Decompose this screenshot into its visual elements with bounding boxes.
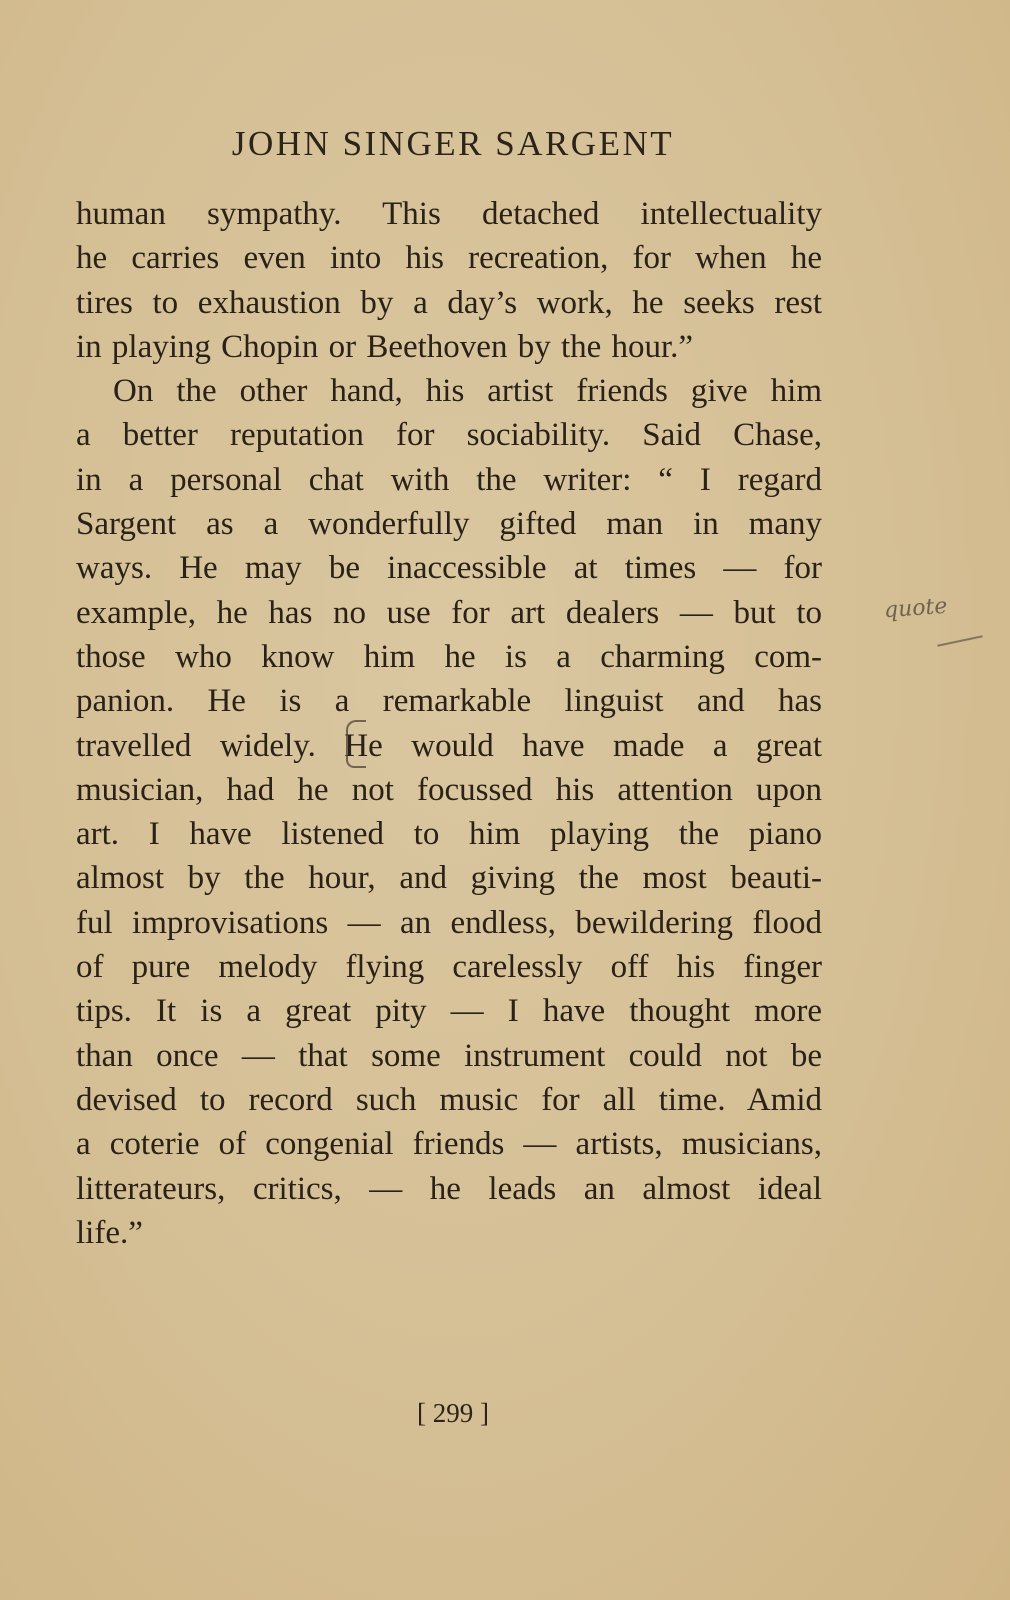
- text-line: Sargent as a wonderfully gifted man in m…: [76, 502, 822, 546]
- book-page: JOHN SINGER SARGENT human sympathy. This…: [0, 0, 1010, 1600]
- text-line: musician, had he not focussed his attent…: [76, 768, 822, 812]
- margin-annotation: quote: [883, 594, 948, 623]
- text-line: panion. He is a remarkable linguist and …: [76, 679, 822, 723]
- text-line: a better reputation for sociability. Sai…: [76, 413, 822, 457]
- text-line: ways. He may be inaccessible at times — …: [76, 546, 822, 590]
- text-line: On the other hand, his artist friends gi…: [76, 369, 822, 413]
- text-line: in playing Chopin or Beethoven by the ho…: [76, 325, 822, 369]
- margin-pen-stroke: [937, 635, 982, 647]
- text-line: art. I have listened to him playing the …: [76, 812, 822, 856]
- running-head: JOHN SINGER SARGENT: [0, 124, 906, 164]
- text-line: a coterie of congenial friends — artists…: [76, 1122, 822, 1166]
- text-line: human sympathy. This detached intellectu…: [76, 192, 822, 236]
- text-line: devised to record such music for all tim…: [76, 1078, 822, 1122]
- handwritten-bracket-mark: [346, 720, 366, 768]
- text-line: almost by the hour, and giving the most …: [76, 856, 822, 900]
- text-line: tires to exhaustion by a day’s work, he …: [76, 281, 822, 325]
- text-line: example, he has no use for art dealers —…: [76, 591, 822, 635]
- body-text: human sympathy. This detached intellectu…: [76, 192, 822, 1255]
- text-line: of pure melody flying carelessly off his…: [76, 945, 822, 989]
- page-number: [ 299 ]: [0, 1398, 906, 1429]
- text-line: travelled widely. He would have made a g…: [76, 724, 822, 768]
- text-line: ful improvisations — an endless, bewilde…: [76, 901, 822, 945]
- text-line: than once — that some instrument could n…: [76, 1034, 822, 1078]
- text-line: those who know him he is a charming com-: [76, 635, 822, 679]
- text-line: he carries even into his recreation, for…: [76, 236, 822, 280]
- text-line: litterateurs, critics, — he leads an alm…: [76, 1167, 822, 1211]
- text-line: tips. It is a great pity — I have though…: [76, 989, 822, 1033]
- text-line: life.”: [76, 1211, 822, 1255]
- text-line: in a personal chat with the writer: “ I …: [76, 458, 822, 502]
